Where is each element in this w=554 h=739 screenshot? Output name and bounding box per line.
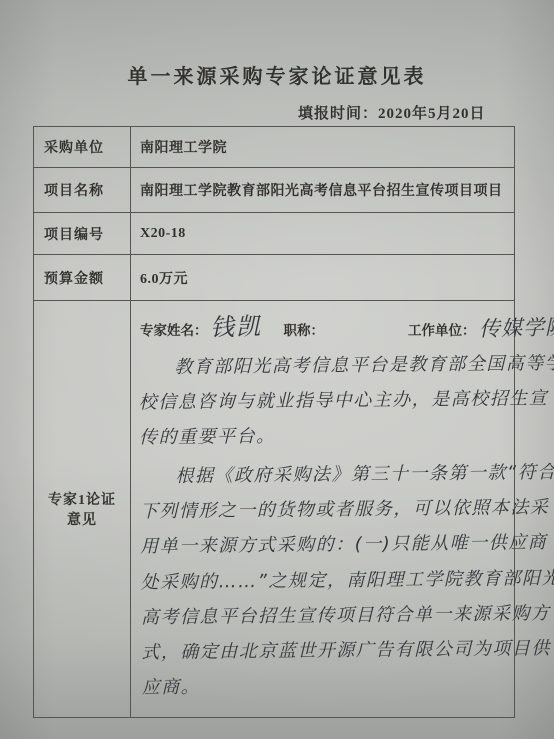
opinion-paragraph-2: 根据《政府采购法》第三十一条第一款“符合下列情形之一的货物或者服务，可以依照本法… [139, 455, 554, 705]
row-label-project-name: 项目名称 [34, 168, 131, 212]
row-value-project-number: X20-18 [131, 213, 514, 254]
row-value-purchasing-unit: 南阳理工学院 [131, 127, 514, 167]
expert-name-label: 专家姓名： [140, 319, 208, 339]
expert-unit-label: 工作单位： [408, 319, 476, 339]
opinion-paragraph-1: 教育部阳光高考信息平台是教育部全国高等学校信息咨询与就业指导中心主办，是高校招生… [138, 346, 554, 456]
row-value-budget-amount: 6.0万元 [131, 255, 514, 300]
procurement-form-table: 采购单位 南阳理工学院 项目名称 南阳理工学院教育部阳光高考信息平台招生宣传项目… [33, 126, 515, 718]
expert-title-label: 职称： [284, 319, 325, 339]
table-row-budget-amount: 预算金额 6.0万元 [34, 255, 514, 301]
table-row-expert-opinion: 专家1论证意见 专家姓名： 钱凯 职称： 工作单位： 传媒学院 教育部阳光高考信… [34, 301, 514, 717]
expert-opinion-handwritten-text: 教育部阳光高考信息平台是教育部全国高等学校信息咨询与就业指导中心主办，是高校招生… [138, 346, 554, 705]
row-label-project-number: 项目编号 [34, 213, 131, 254]
expert-name-handwritten: 钱凯 [209, 306, 262, 343]
table-row-project-name: 项目名称 南阳理工学院教育部阳光高考信息平台招生宣传项目项目 [34, 168, 514, 213]
expert-header-line: 专家姓名： 钱凯 职称： 工作单位： 传媒学院 [140, 307, 554, 342]
table-row-purchasing-unit: 采购单位 南阳理工学院 [34, 127, 514, 168]
table-row-project-number: 项目编号 X20-18 [34, 213, 514, 255]
scanned-document-page: 单一来源采购专家论证意见表 填报时间：2020年5月20日 采购单位 南阳理工学… [0, 0, 554, 739]
row-label-purchasing-unit: 采购单位 [34, 127, 131, 167]
row-label-expert-opinion: 专家1论证意见 [34, 301, 131, 717]
expert-opinion-cell: 专家姓名： 钱凯 职称： 工作单位： 传媒学院 教育部阳光高考信息平台是教育部全… [131, 301, 554, 717]
row-value-project-name: 南阳理工学院教育部阳光高考信息平台招生宣传项目项目 [131, 168, 514, 212]
page-title: 单一来源采购专家论证意见表 [0, 60, 554, 89]
report-date: 填报时间：2020年5月20日 [298, 102, 486, 123]
expert-unit-handwritten: 传媒学院 [478, 311, 554, 343]
row-label-budget-amount: 预算金额 [34, 255, 131, 300]
